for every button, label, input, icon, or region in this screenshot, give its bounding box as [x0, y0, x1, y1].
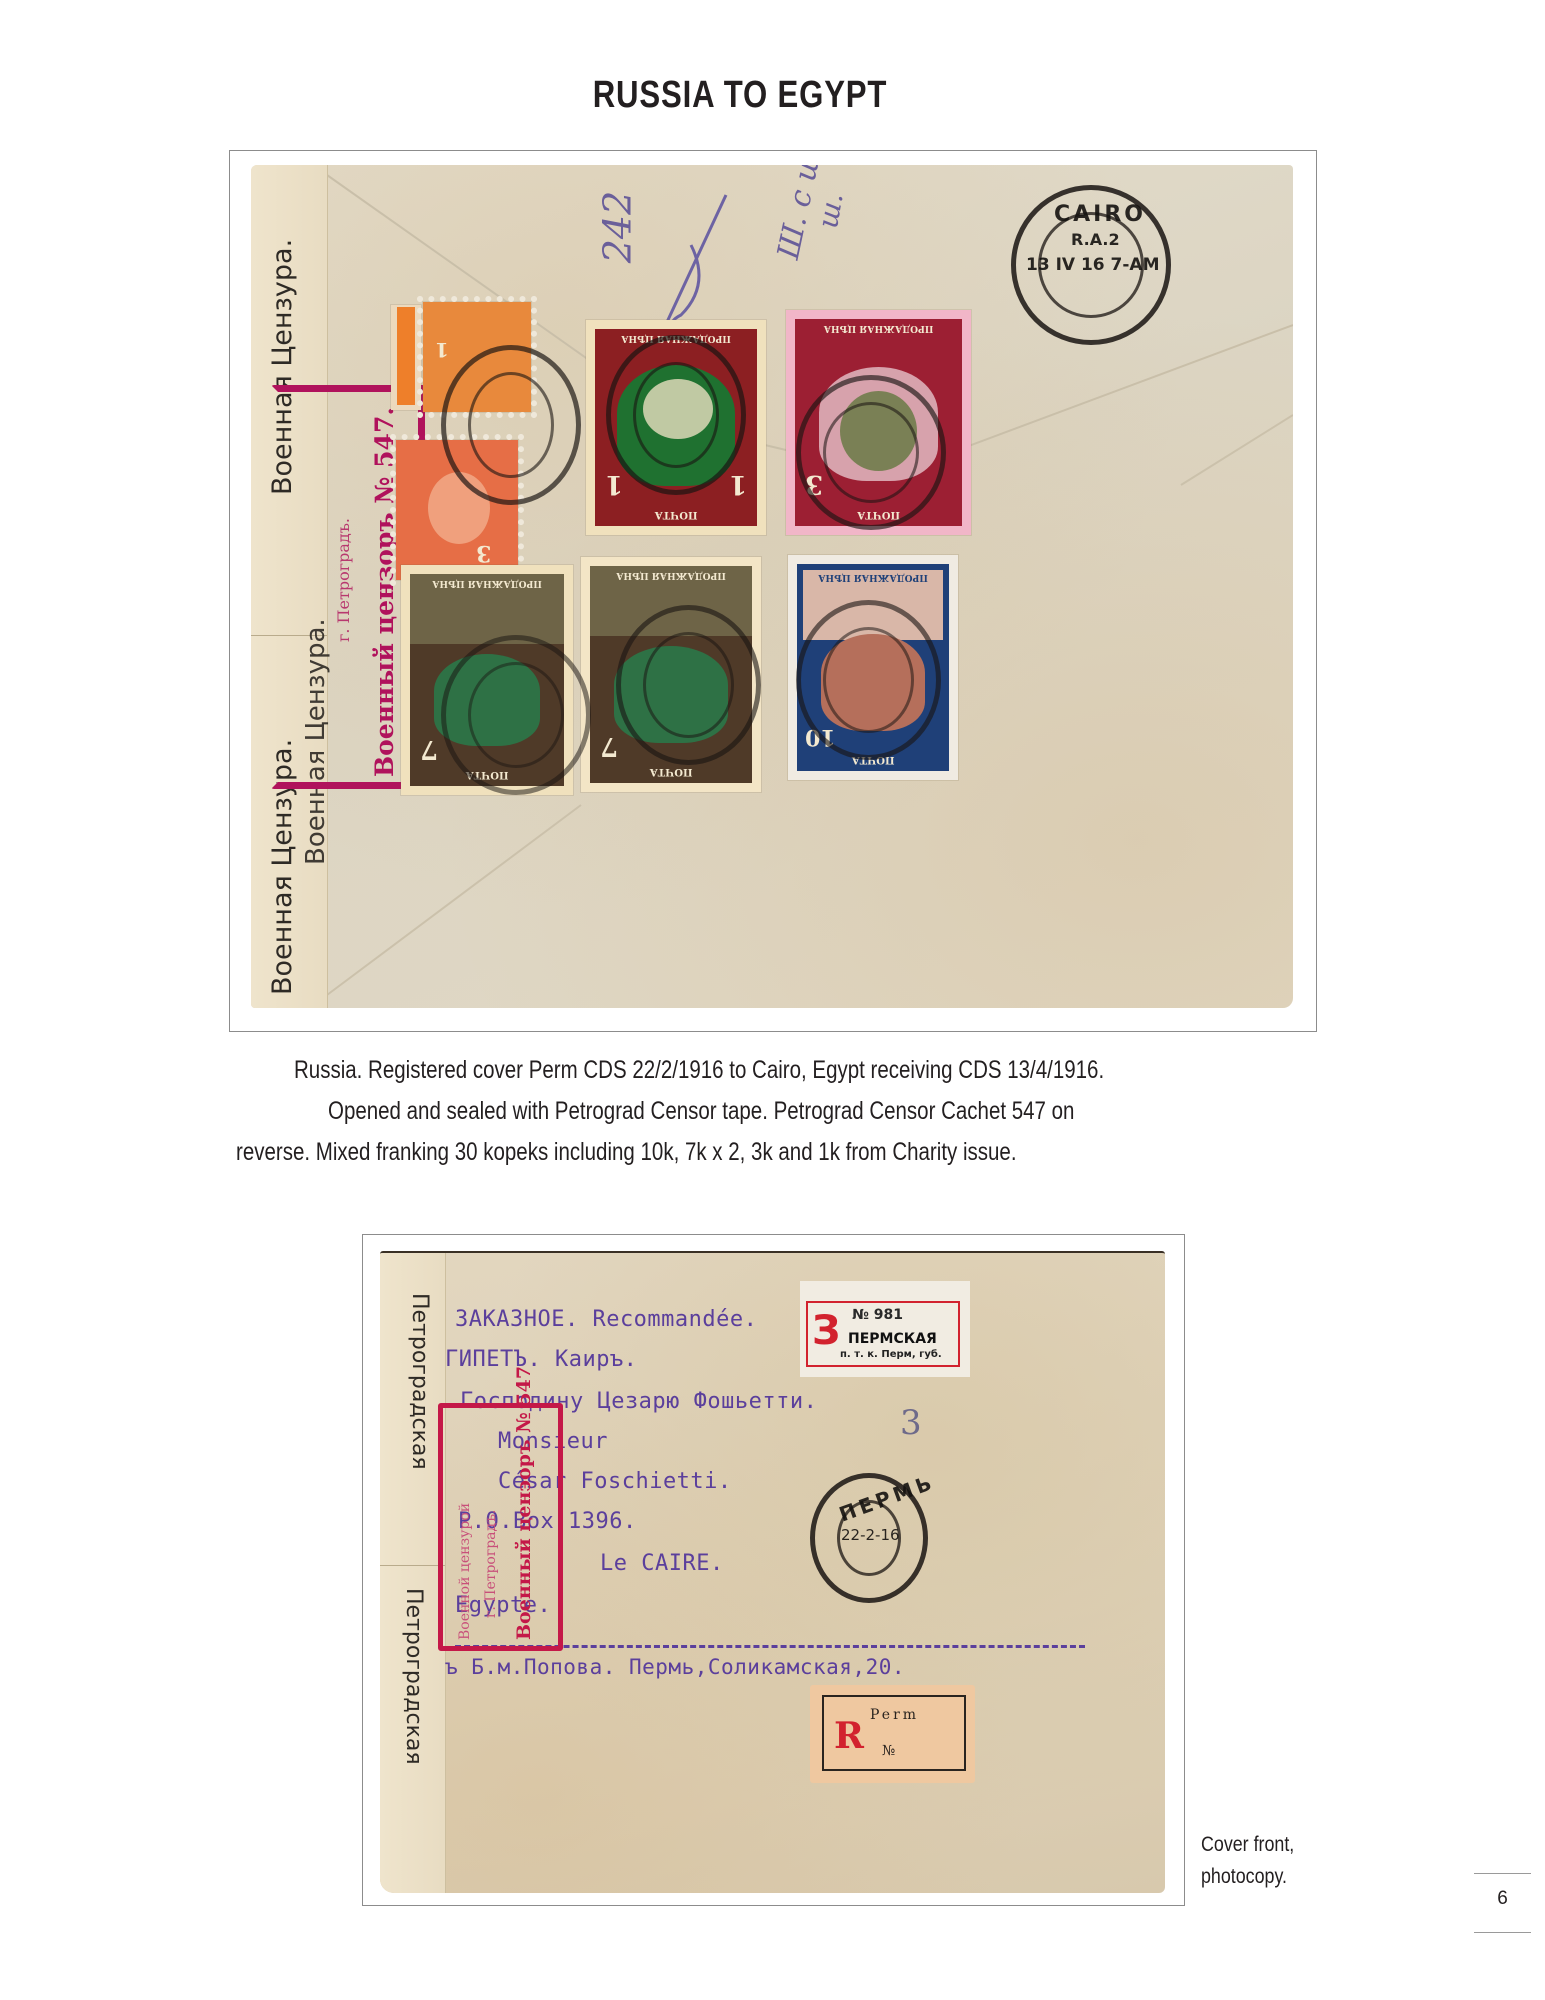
caption-line-1: Russia. Registered cover Perm CDS 22/2/1…	[294, 1056, 1104, 1085]
reg-label-office: ПЕРМСКАЯ	[848, 1331, 937, 1347]
registration-label: З № 981 ПЕРМСКАЯ п. т. к. Перм, губ.	[800, 1281, 970, 1377]
tape-seam	[380, 1565, 445, 1566]
r-label-letter: R	[834, 1715, 864, 1757]
cds-office: R.A.2	[1071, 230, 1120, 249]
cover-front-caption-line-2: photocopy.	[1201, 1861, 1294, 1893]
perm-postmark-1	[441, 345, 581, 505]
cover-back-photo: Военная Цензура. Военная Цензура. Военна…	[251, 165, 1293, 1008]
address-line-1: ЗАКАЗНОЕ. Recommandée.	[455, 1307, 757, 1332]
reg-label-number: № 981	[852, 1307, 903, 1323]
cover-back-image-frame: Военная Цензура. Военная Цензура. Военна…	[229, 150, 1317, 1032]
cover-front-caption: Cover front, photocopy.	[1201, 1829, 1294, 1893]
cds-date: 13 IV 16 7-AM	[1026, 255, 1160, 275]
perm-postmark-6	[796, 600, 941, 760]
caption-line-3: reverse. Mixed franking 30 kopeks includ…	[236, 1138, 1017, 1167]
cover-front-photo: Петроградская Петроградская ЗАКАЗНОЕ. Re…	[380, 1251, 1165, 1893]
censor-cachet-547: Военный ценэоръ № 547 г. Петроградъ. Вое…	[438, 1403, 563, 1651]
manuscript-mark: 3	[900, 1403, 922, 1443]
reg-label-sub: п. т. к. Перм, губ.	[840, 1349, 942, 1360]
r-label-number: №	[882, 1743, 895, 1759]
r-label-town: Perm	[870, 1707, 919, 1723]
cds-date: 22-2-16	[841, 1526, 900, 1544]
cairo-receiving-postmark: CAIRO R.A.2 13 IV 16 7-AM	[1011, 185, 1171, 345]
cachet-line-1: Военный ценэоръ № 547	[513, 1366, 535, 1640]
perm-postmark-2	[606, 335, 746, 495]
page-number-rule-bottom	[1474, 1932, 1531, 1933]
cachet-line-3: Военной цензурой	[457, 1503, 473, 1640]
page-number: 6	[1474, 1888, 1531, 1910]
tape-text-bottom: Петроградская	[401, 1588, 426, 1765]
manuscript-note-2: ш.	[811, 190, 850, 231]
sender-line: ъ Б.м.Попова. Пермь,Соликамская,20.	[445, 1655, 905, 1679]
caption-line-2: Opened and sealed with Petrograd Censor …	[328, 1097, 1074, 1126]
r-label: R Perm №	[810, 1685, 975, 1783]
cover-front-caption-line-1: Cover front,	[1201, 1829, 1294, 1861]
page-title: RUSSIA TO EGYPT	[133, 74, 1347, 117]
cds-town: CAIRO	[1054, 202, 1146, 227]
cachet-line-2: г. Петроградъ.	[483, 1510, 499, 1619]
perm-postmark-3	[796, 375, 946, 530]
tape-text-top: Петроградская	[407, 1293, 432, 1470]
address-line-7: Le CAIRE.	[600, 1551, 724, 1576]
perm-postmark-4	[441, 635, 591, 795]
cover-front-image-frame: Петроградская Петроградская ЗАКАЗНОЕ. Re…	[362, 1234, 1185, 1906]
address-line-2: ГИПЕТЪ. Каиръ.	[445, 1347, 637, 1372]
perm-postmark-5	[616, 605, 761, 765]
page-number-rule-top	[1474, 1873, 1531, 1874]
perm-origin-postmark: ПЕРМЬ 22-2-16	[810, 1473, 928, 1603]
reg-label-class: З	[812, 1305, 840, 1357]
censor-tape: Петроградская Петроградская	[380, 1253, 446, 1893]
cachet-line-2: г. Петроградъ.	[334, 518, 353, 642]
